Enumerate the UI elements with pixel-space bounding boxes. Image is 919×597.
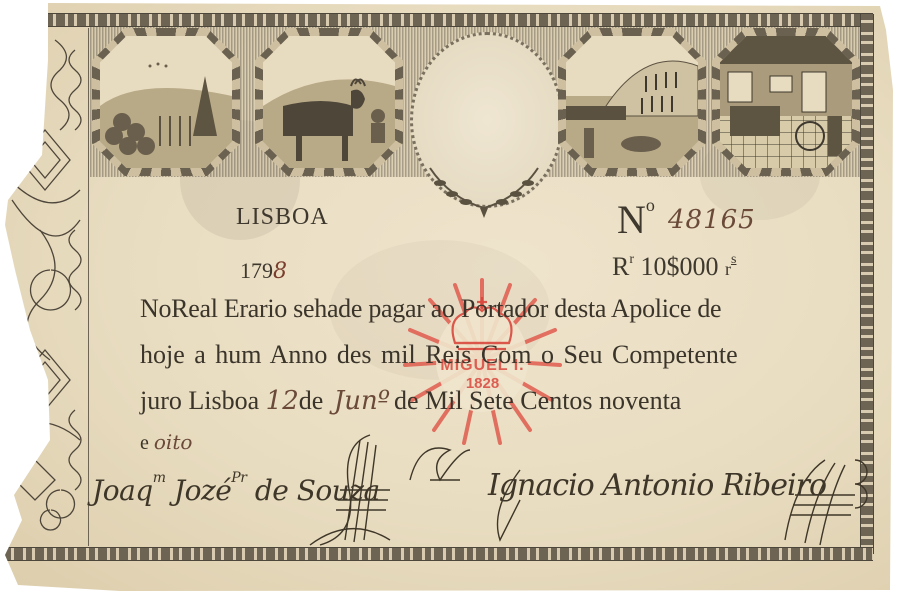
handwritten-day: 12 — [266, 386, 299, 416]
city-label: LISBOA — [236, 204, 329, 231]
room-with-spinning-wheel-icon — [720, 36, 852, 168]
center-paraph-flourish — [400, 440, 480, 500]
vignette-salt-pans — [558, 28, 706, 176]
vignette-cattle-pastoral — [255, 28, 403, 176]
denomination: Rr 10$000 rs — [612, 252, 736, 282]
handwritten-year-word: oito — [154, 430, 193, 454]
body-text-line-4: e oito — [140, 430, 192, 455]
serial-number: 48165 — [668, 205, 756, 235]
vignette-wine-harvest — [92, 28, 240, 176]
denomination-amount: 10$000 — [641, 252, 719, 281]
body-text-line-1: NoReal Erario sehade pagar ao Portador d… — [140, 294, 721, 324]
right-paraph-flourish — [765, 455, 875, 555]
central-oval-medallion — [400, 28, 568, 218]
left-paraph-flourish — [300, 430, 400, 550]
bottom-ornamental-border — [5, 547, 873, 561]
banknote-paper: LISBOA No 48165 1798 Rr 10$000 rs MIGUEL… — [0, 0, 919, 597]
signature-descender-flourish — [480, 470, 540, 550]
laurel-wreath-icon — [400, 28, 568, 228]
issue-year: 1798 — [240, 258, 287, 284]
top-ornamental-border — [47, 13, 873, 27]
body-text-line-3: juro Lisboa 12de Junºde Mil Sete Centos … — [140, 386, 681, 416]
handwritten-month: Junº — [334, 386, 390, 416]
number-label: No — [617, 195, 655, 243]
left-flourish-ornament — [0, 30, 90, 550]
body-text-line-2: hoje a hum Anno des mil Reis Com o Seu C… — [140, 340, 738, 370]
vignette-spinning-interior — [712, 28, 860, 176]
workers-on-hill-icon — [566, 36, 698, 168]
barrels-and-vineyard-icon — [100, 36, 232, 168]
cow-and-farmer-icon — [263, 36, 395, 168]
